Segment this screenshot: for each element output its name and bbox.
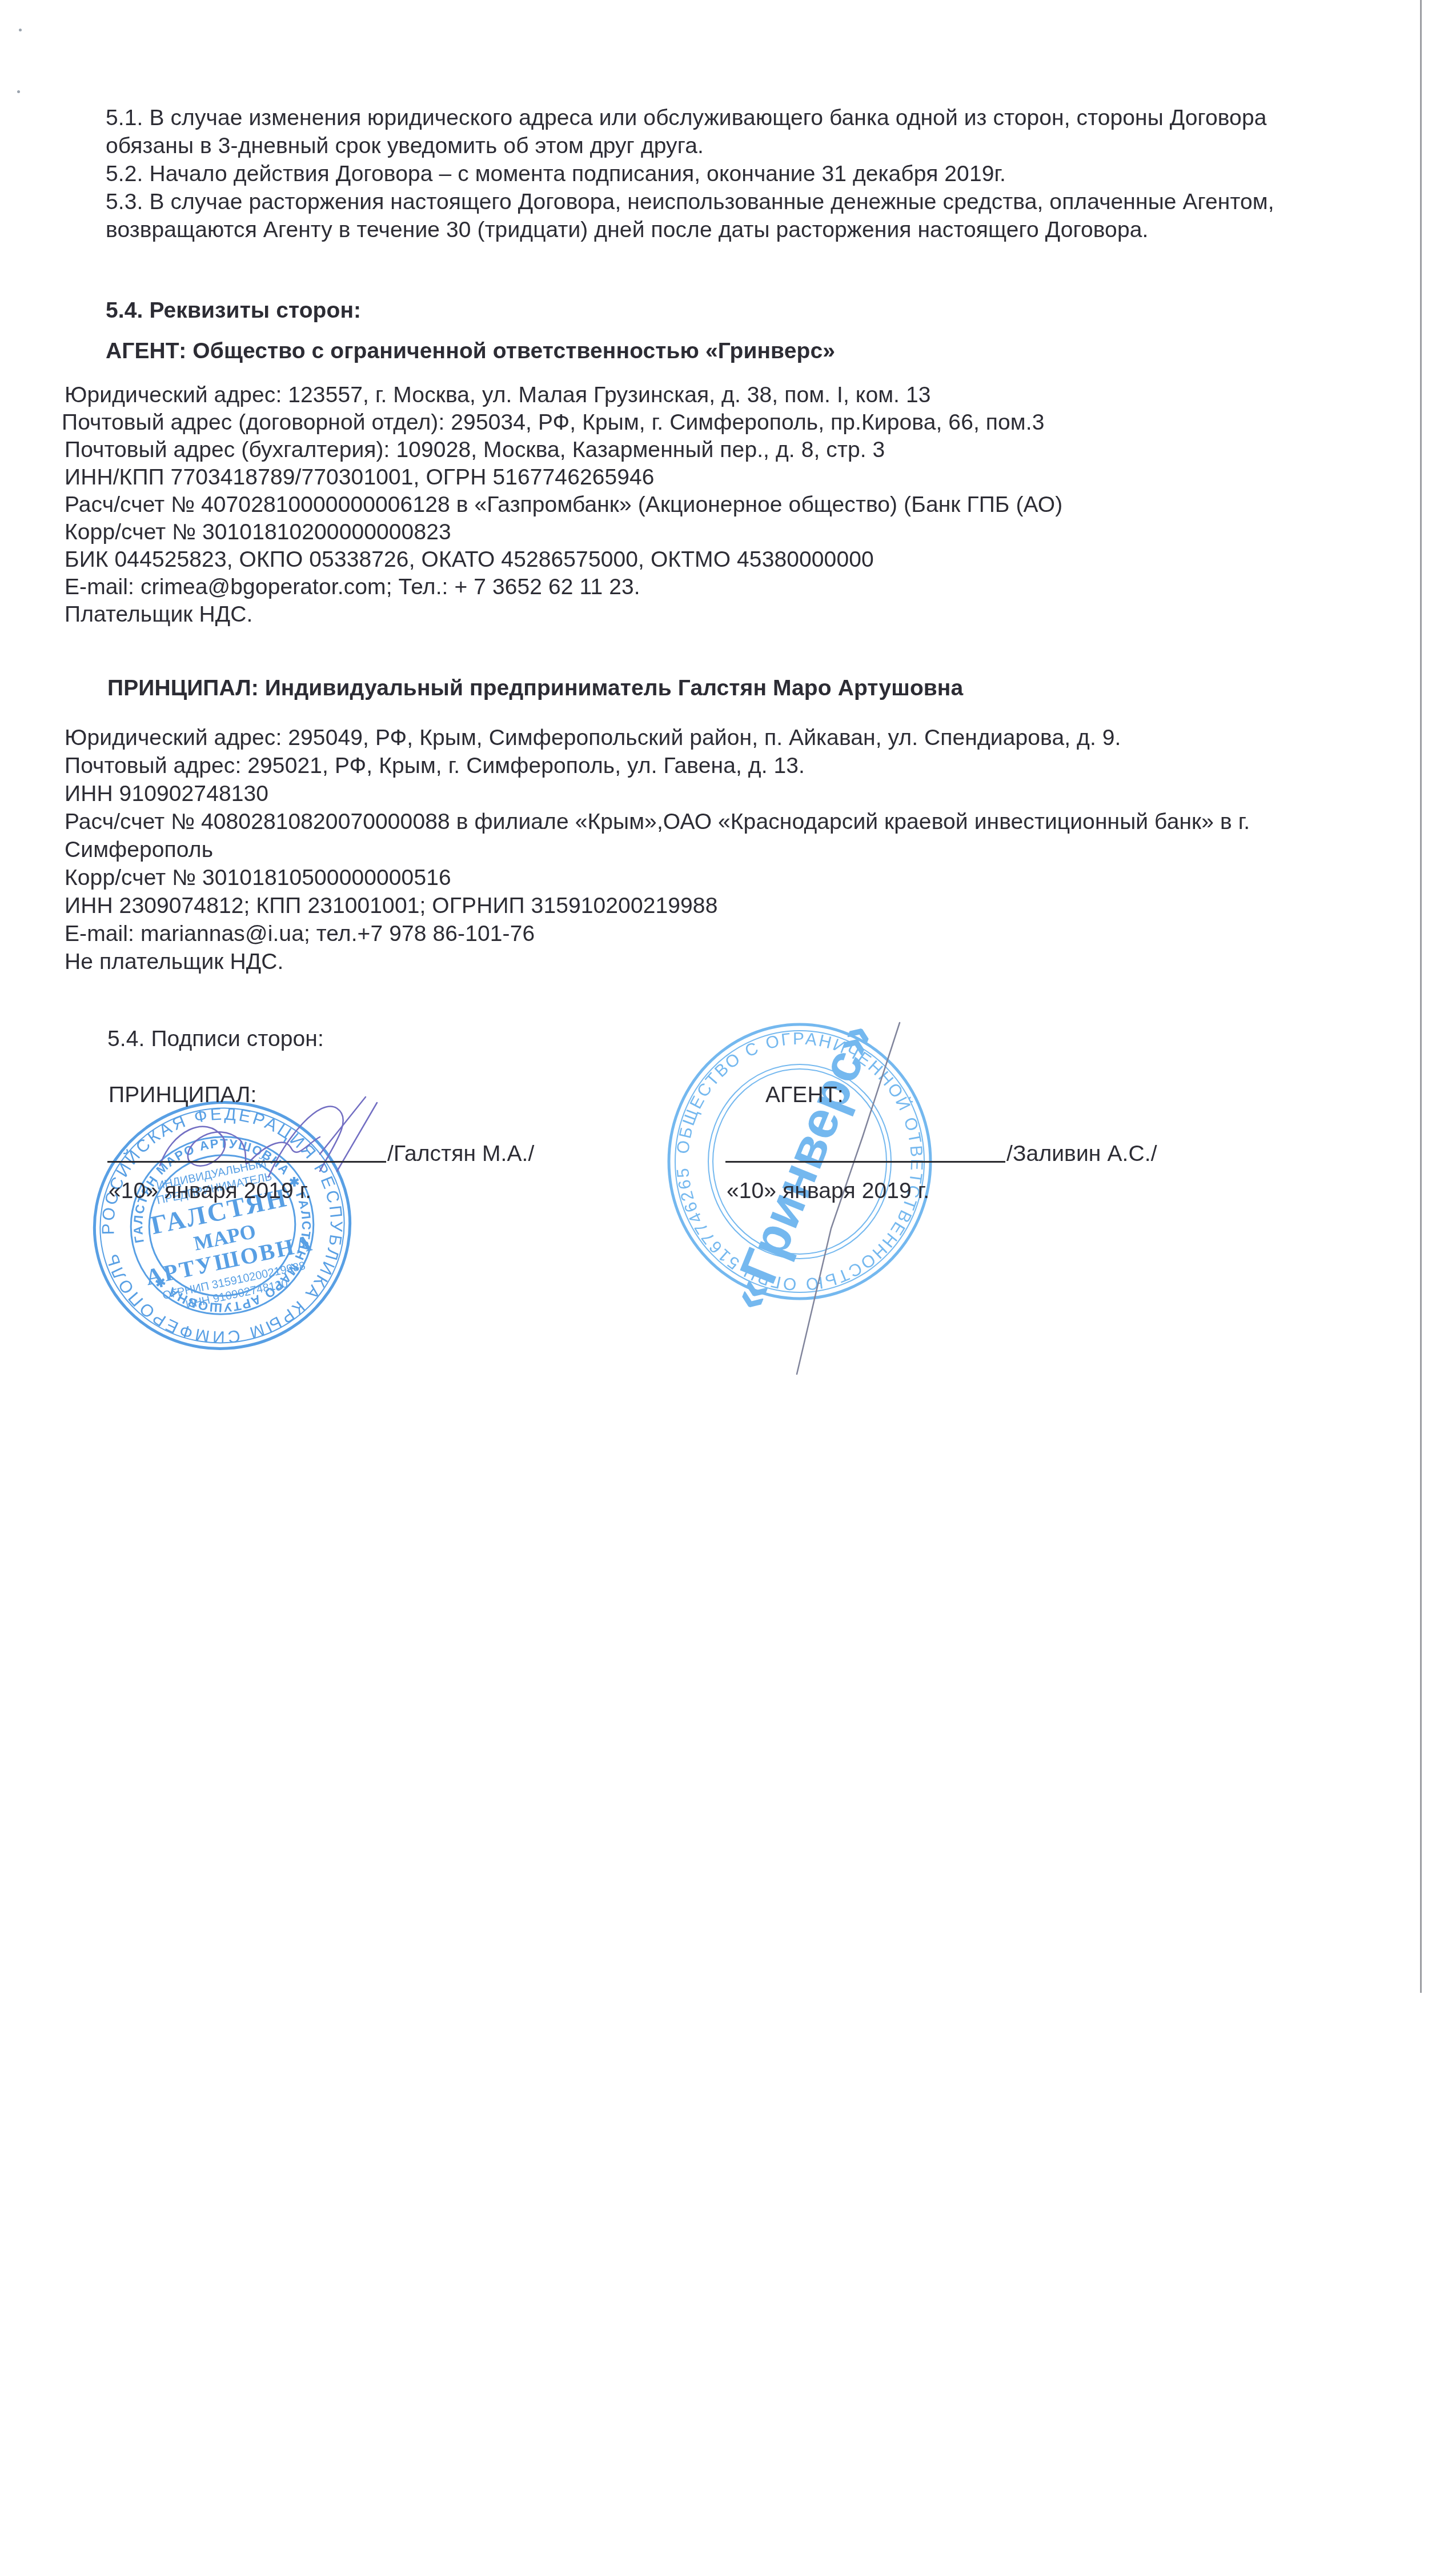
principal-signature-line [107,1161,386,1163]
agent-signatory-name: /Заливин А.С./ [1006,1140,1157,1168]
agent-signature-date: «10» января 2019 г. [727,1177,929,1205]
principal-signatory-name: /Галстян М.А./ [387,1140,534,1168]
principal-signature-date: «10» января 2019 г. [109,1177,311,1205]
principal-stamp: РОССИЙСКАЯ ФЕДЕРАЦИЯ РЕСПУБЛИКА КРЫМ СИМ… [0,0,1456,1485]
agent-signature-label: АГЕНТ: [765,1081,844,1109]
agent-stamp-graphic: ОБЩЕСТВО С ОГРАНИЧЕННОЙ ОТВЕТСТВЕННОСТЬЮ… [0,0,930,1319]
principal-signature-label: ПРИНЦИПАЛ: [109,1081,256,1109]
agent-signature-line [725,1161,1005,1163]
